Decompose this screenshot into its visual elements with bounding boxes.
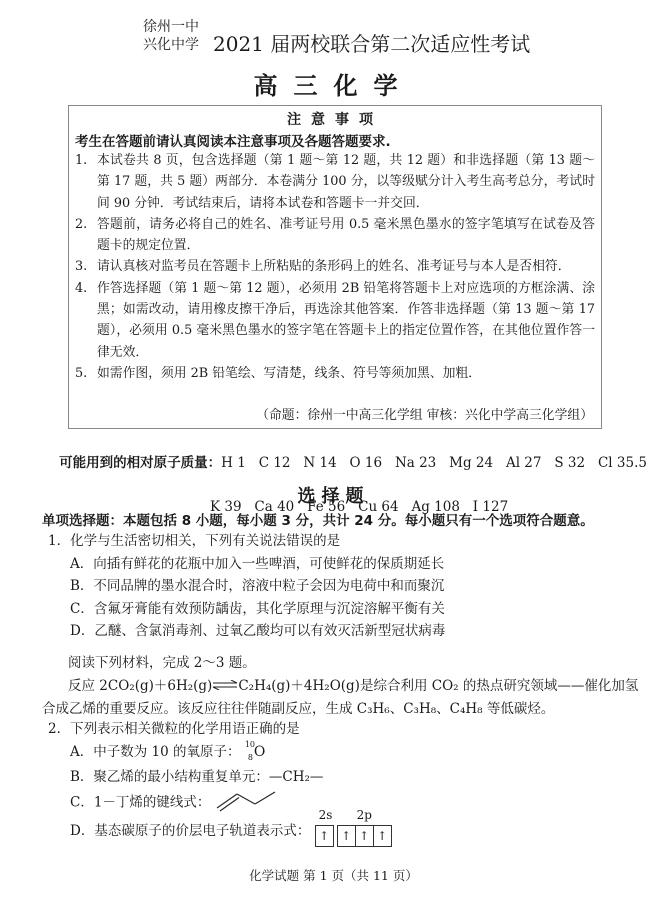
school-name-2: 兴化中学 bbox=[143, 36, 199, 54]
notice-item: 1. 本试卷共 8 页，包含选择题（第 1 题～第 12 题，共 12 题）和非… bbox=[75, 150, 595, 214]
subject-title: 高三化学 bbox=[0, 66, 667, 101]
notice-item-text: 答题前，请务必将自己的姓名、准考证号用 0.5 毫米黑色墨水的签字笔填写在试卷及… bbox=[97, 214, 595, 257]
up-arrow-icon: ↑ bbox=[356, 826, 374, 846]
equilibrium-arrow-icon bbox=[212, 675, 238, 698]
orbital-label-2p: 2p bbox=[357, 808, 372, 822]
notice-credit: （命题：徐州一中高三化学组 审核：兴化中学高三化学组） bbox=[256, 404, 593, 423]
reaction-reactants: 反应 2CO₂(g)＋6H₂(g) bbox=[68, 678, 212, 694]
question-1-stem: 1．化学与生活密切相关，下列有关说法错误的是 bbox=[48, 530, 445, 553]
notice-item-number: 1. bbox=[75, 150, 97, 214]
option-a-text: A．中子数为 10 的氧原子： bbox=[70, 744, 241, 760]
notice-item: 2. 答题前，请务必将自己的姓名、准考证号用 0.5 毫米黑色墨水的签字笔填写在… bbox=[75, 214, 595, 257]
notice-item-number: 4. bbox=[75, 278, 97, 363]
question-2-option-b: B．聚乙烯的最小结构重复单元：—CH₂— bbox=[70, 765, 323, 785]
question-1-option-b: B．不同品牌的墨水混合时，溶液中粒子会因为电荷中和而聚沉 bbox=[48, 575, 445, 598]
notice-item: 4. 作答选择题（第 1 题～第 12 题），必须用 2B 铅笔将答题卡上对应选… bbox=[75, 278, 595, 363]
notice-item: 5. 如需作图，须用 2B 铅笔绘、写清楚，线条、符号等须加黑、加粗． bbox=[75, 363, 595, 384]
notice-item-number: 2. bbox=[75, 214, 97, 257]
orbital-label-2s: 2s bbox=[319, 808, 333, 822]
option-d-text: D．基态碳原子的价层电子轨道表示式： bbox=[70, 823, 310, 839]
passage-reaction: 反应 2CO₂(g)＋6H₂(g)C₂H₄(g)＋4H₂O(g)是综合利用 CO… bbox=[42, 675, 642, 698]
question-1-option-d: D．乙醚、含氯消毒剂、过氧乙酸均可以有效灭活新型冠状病毒 bbox=[48, 620, 445, 643]
section-description: 单项选择题：本题包括 8 小题，每小题 3 分，共计 24 分。每小题只有一个选… bbox=[42, 509, 594, 529]
atomic-number: 8 bbox=[248, 753, 253, 762]
question-1-option-c: C．含氟牙膏能有效预防龋齿，其化学原理与沉淀溶解平衡有关 bbox=[48, 598, 445, 621]
notice-heading: 注意事项 bbox=[69, 109, 601, 129]
notice-item: 3. 请认真核对监考员在答题卡上所粘贴的条形码上的姓名、准考证号与本人是否相符． bbox=[75, 256, 595, 277]
section-title: 选择题 bbox=[0, 482, 667, 508]
atomic-masses-values-1: H 1 C 12 N 14 O 16 Na 23 Mg 24 Al 27 S 3… bbox=[221, 455, 647, 471]
orbital-box-2s: ↑ bbox=[315, 825, 334, 847]
atomic-masses-label: 可能用到的相对原子质量： bbox=[59, 455, 221, 471]
up-arrow-icon: ↑ bbox=[374, 826, 391, 846]
element-symbol: O bbox=[254, 744, 265, 760]
notice-item-number: 5. bbox=[75, 363, 97, 384]
oxygen-isotope-notation: 10 8 O bbox=[245, 744, 267, 762]
notice-item-number: 3. bbox=[75, 256, 97, 277]
notice-list: 1. 本试卷共 8 页，包含选择题（第 1 题～第 12 题，共 12 题）和非… bbox=[75, 150, 595, 384]
notice-item-text: 请认真核对监考员在答题卡上所粘贴的条形码上的姓名、准考证号与本人是否相符． bbox=[97, 256, 595, 277]
reading-passage: 阅读下列材料，完成 2～3 题。 反应 2CO₂(g)＋6H₂(g)C₂H₄(g… bbox=[42, 652, 642, 721]
notice-item-text: 作答选择题（第 1 题～第 12 题），必须用 2B 铅笔将答题卡上对应选项的方… bbox=[97, 278, 595, 363]
passage-intro: 阅读下列材料，完成 2～3 题。 bbox=[42, 652, 642, 675]
exam-title: 2021 届两校联合第二次适应性考试 bbox=[213, 28, 530, 57]
notice-box: 注意事项 考生在答题前请认真阅读本注意事项及各题答题要求. 1. 本试卷共 8 … bbox=[68, 105, 602, 429]
question-2: 2．下列表示相关微粒的化学用语正确的是 bbox=[48, 718, 300, 741]
orbital-diagram: 2s 2p ↑ ↑ ↑ ↑ bbox=[315, 812, 405, 846]
notice-intro: 考生在答题前请认真阅读本注意事项及各题答题要求. bbox=[75, 130, 391, 150]
reaction-products: C₂H₄(g)＋4H₂O(g)是综合利用 CO₂ 的热点研究领域——催化加氢 bbox=[238, 678, 638, 694]
question-2-option-a: A．中子数为 10 的氧原子： 10 8 O bbox=[70, 740, 267, 762]
question-1: 1．化学与生活密切相关，下列有关说法错误的是 A．向插有鲜花的花瓶中加入一些啤酒… bbox=[48, 530, 445, 643]
up-arrow-icon: ↑ bbox=[338, 826, 356, 846]
question-2-stem: 2．下列表示相关微粒的化学用语正确的是 bbox=[48, 718, 300, 741]
option-c-text: C．1－丁烯的键线式： bbox=[70, 795, 210, 811]
orbital-box-2p: ↑ ↑ ↑ bbox=[337, 825, 392, 847]
page-footer: 化学试题 第 1 页（共 11 页） bbox=[0, 866, 667, 884]
question-1-option-a: A．向插有鲜花的花瓶中加入一些啤酒，可使鲜花的保质期延长 bbox=[48, 553, 445, 576]
school-name-1: 徐州一中 bbox=[143, 18, 199, 36]
notice-item-text: 本试卷共 8 页，包含选择题（第 1 题～第 12 题，共 12 题）和非选择题… bbox=[97, 150, 595, 214]
school-names: 徐州一中 兴化中学 bbox=[143, 18, 199, 54]
question-2-option-d: D．基态碳原子的价层电子轨道表示式： 2s 2p ↑ ↑ ↑ ↑ bbox=[70, 812, 405, 846]
notice-item-text: 如需作图，须用 2B 铅笔绘、写清楚，线条、符号等须加黑、加粗． bbox=[97, 363, 595, 384]
up-arrow-icon: ↑ bbox=[316, 826, 333, 846]
